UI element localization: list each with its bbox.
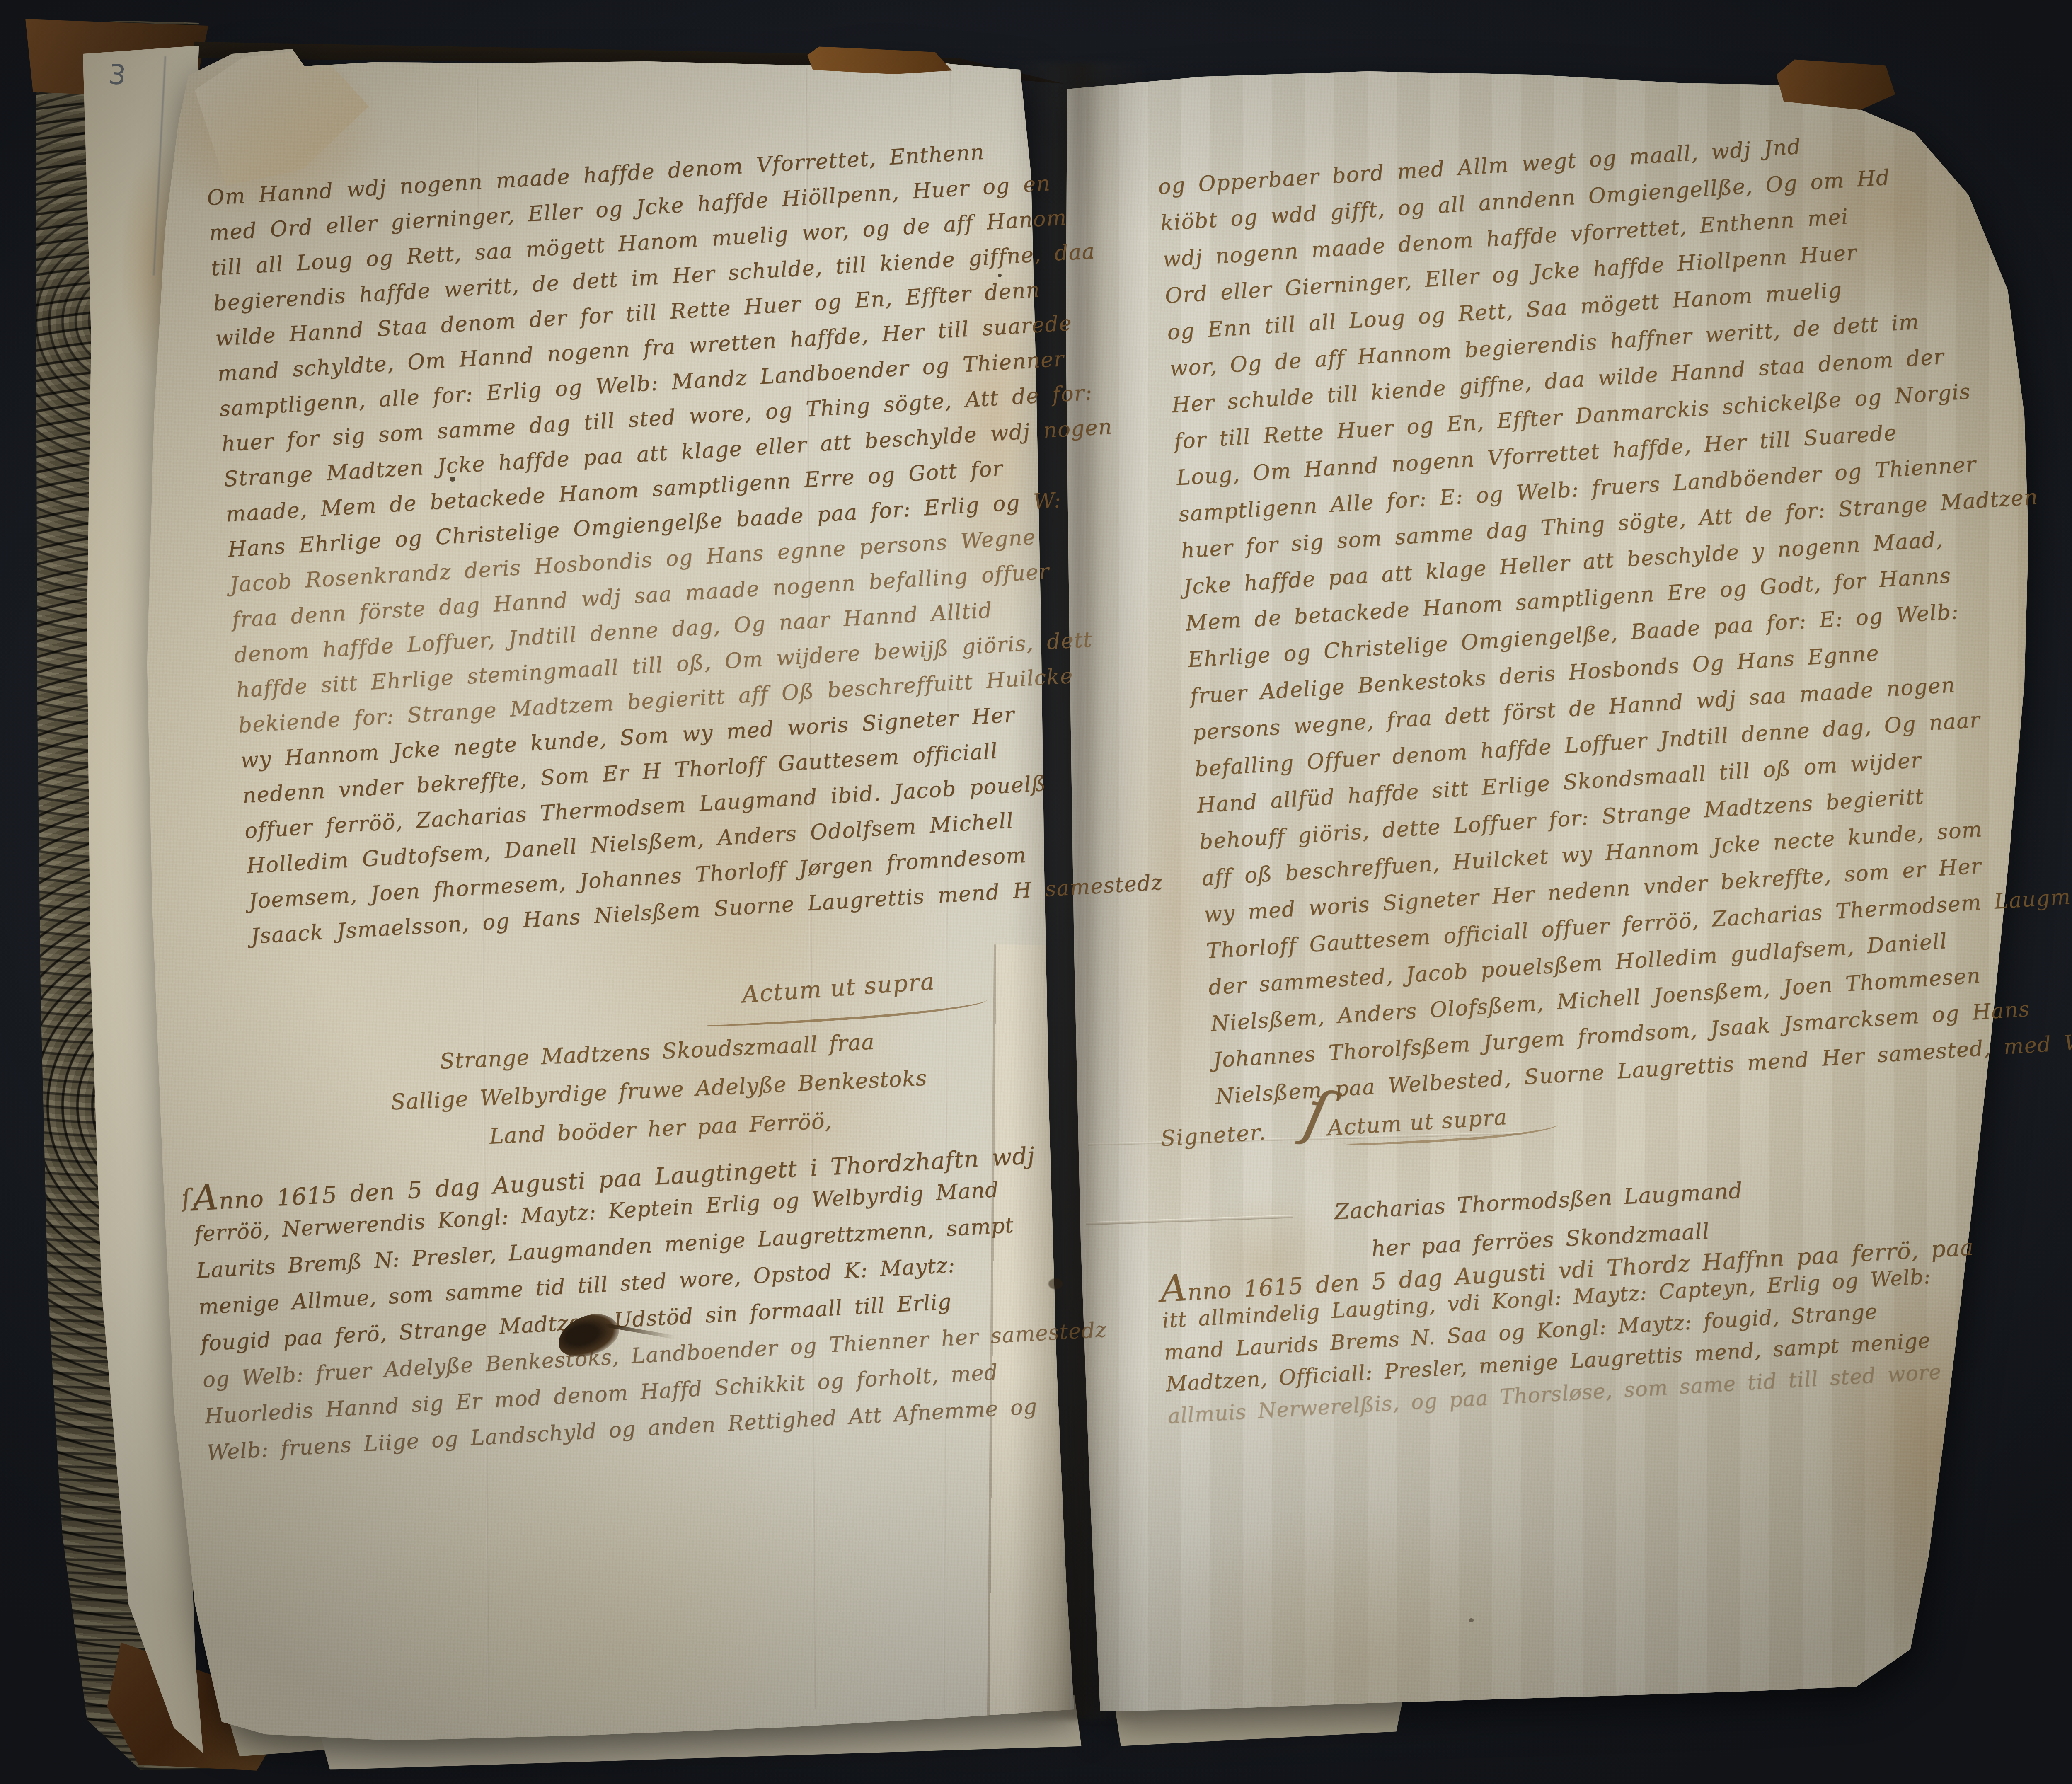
manuscript-photograph: Om Hannd wdj nogenn maade haffde denom V… xyxy=(0,0,2072,1784)
right-text-block-1: og Opperbaer bord med Allm wegt og maall… xyxy=(1157,119,2015,1116)
ink-speck xyxy=(1469,1618,1474,1622)
pencil-folio-number: 3 xyxy=(107,58,128,92)
ink-speck xyxy=(1048,1278,1063,1289)
left-text-block-1: Om Hannd wdj nogenn maade haffde denom V… xyxy=(206,131,1083,954)
left-text-block-2: Anno 1615 den 5 dag Augusti paa Laugting… xyxy=(191,1132,1068,1472)
ink-speck xyxy=(998,274,1002,277)
ink-speck xyxy=(450,477,455,482)
